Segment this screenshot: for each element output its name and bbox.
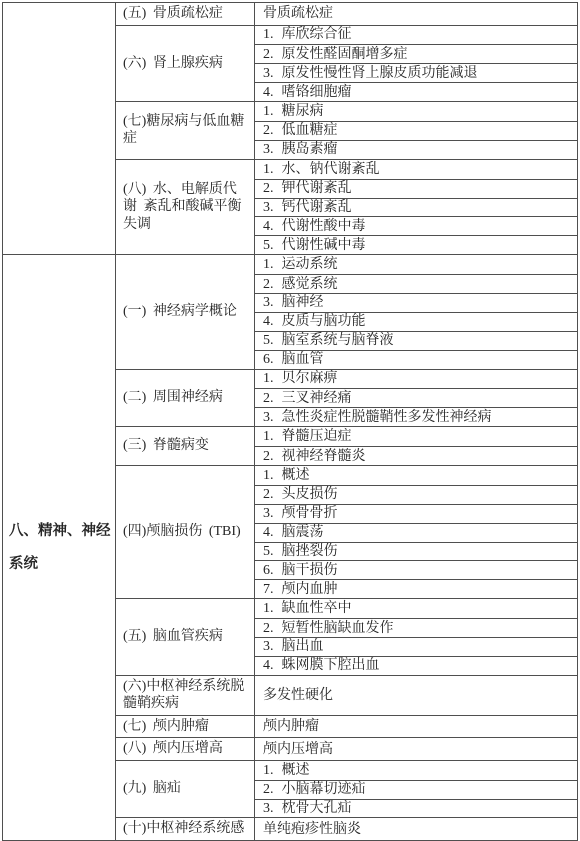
item-text: 短暂性脑缺血发作: [282, 620, 394, 637]
subsection-group: (五) 骨质疏松症骨质疏松症(六) 肾上腺疾病1.库欣综合征2.原发性醛固酮增多…: [116, 3, 577, 254]
category-label: 八、精神、神经系统: [9, 515, 111, 581]
item-text: 钾代谢紊乱: [282, 180, 352, 197]
item-text: 脑震荡: [282, 524, 324, 541]
item-number: 2.: [263, 122, 274, 139]
item-text: 代谢性碱中毒: [282, 237, 366, 254]
item-cell: 3.原发性慢性肾上腺皮质功能减退: [255, 63, 577, 82]
item-number: 2.: [263, 620, 274, 637]
item-number: 1.: [263, 161, 274, 178]
item-number: 6.: [263, 562, 274, 579]
item-number: 5.: [263, 543, 274, 560]
item-number: 5.: [263, 237, 274, 254]
item-number: 2.: [263, 448, 274, 465]
item-cell: 2.短暂性脑缺血发作: [255, 618, 577, 637]
subsection-label: (十)中枢神经系统感: [116, 818, 255, 840]
item-text: 糖尿病: [282, 103, 324, 120]
items-column: 1.库欣综合征2.原发性醛固酮增多症3.原发性慢性肾上腺皮质功能减退4.嗜铬细胞…: [255, 26, 577, 102]
subsection-row: (八) 颅内压增高颅内压增高: [116, 737, 577, 760]
subsection-label: (五) 骨质疏松症: [116, 3, 255, 25]
item-text: 颅内血肿: [282, 581, 338, 598]
item-text: 水、钠代谢紊乱: [282, 161, 380, 178]
item-text: 头皮损伤: [282, 486, 338, 503]
table-section: (五) 骨质疏松症骨质疏松症(六) 肾上腺疾病1.库欣综合征2.原发性醛固酮增多…: [3, 3, 577, 254]
item-cell: 4.皮质与脑功能: [255, 312, 577, 331]
item-number: 1.: [263, 762, 274, 779]
item-text: 原发性慢性肾上腺皮质功能减退: [282, 65, 478, 82]
item-text: 脑血管: [282, 351, 324, 368]
item-number: 1.: [263, 467, 274, 484]
item-cell: 1.缺血性卒中: [255, 599, 577, 618]
subsection-row: (九) 脑疝1.概述2.小脑幕切迹疝3.枕骨大孔疝: [116, 760, 577, 818]
subsection-row: (三) 脊髓病变1.脊髓压迫症2.视神经脊髓炎: [116, 426, 577, 465]
item-number: 3.: [263, 294, 274, 311]
item-number: 4.: [263, 84, 274, 101]
item-text: 视神经脊髓炎: [282, 448, 366, 465]
item-number: 3.: [263, 638, 274, 655]
item-number: 3.: [263, 505, 274, 522]
item-number: 4.: [263, 524, 274, 541]
item-text: 钙代谢紊乱: [282, 199, 352, 216]
item-cell: 3.枕骨大孔疝: [255, 799, 577, 818]
item-text: 概述: [282, 467, 310, 484]
item-text: 蛛网膜下腔出血: [282, 657, 380, 674]
item-number: 2.: [263, 46, 274, 63]
item-cell: 4.嗜铬细胞瘤: [255, 82, 577, 101]
items-column: 1.糖尿病2.低血糖症3.胰岛素瘤: [255, 102, 577, 159]
items-column: 1.水、钠代谢紊乱2.钾代谢紊乱3.钙代谢紊乱4.代谢性酸中毒5.代谢性碱中毒: [255, 160, 577, 254]
item-cell: 2.低血糖症: [255, 121, 577, 140]
subsection-row: (四)颅脑损伤 (TBI)1.概述2.头皮损伤3.颅骨骨折4.脑震荡5.脑挫裂伤…: [116, 465, 577, 598]
item-cell: 1.脊髓压迫症: [255, 427, 577, 446]
items-column: 多发性硬化: [255, 676, 577, 715]
item-cell: 颅内压增高: [255, 738, 577, 760]
item-cell: 单纯疱疹性脑炎: [255, 818, 577, 840]
item-number: 4.: [263, 657, 274, 674]
items-column: 1.缺血性卒中2.短暂性脑缺血发作3.脑出血4.蛛网膜下腔出血: [255, 599, 577, 675]
item-number: 3.: [263, 800, 274, 817]
subsection-label: (九) 脑疝: [116, 761, 255, 818]
item-text: 脑干损伤: [282, 562, 338, 579]
item-cell: 5.脑室系统与脑脊液: [255, 331, 577, 350]
item-text: 贝尔麻痹: [282, 370, 338, 387]
item-number: 7.: [263, 581, 274, 598]
item-text: 原发性醛固酮增多症: [282, 46, 408, 63]
subsection-row: (十)中枢神经系统感单纯疱疹性脑炎: [116, 817, 577, 840]
subsection-row: (五) 脑血管疾病1.缺血性卒中2.短暂性脑缺血发作3.脑出血4.蛛网膜下腔出血: [116, 598, 577, 675]
item-text: 脊髓压迫症: [282, 428, 352, 445]
item-cell: 颅内肿瘤: [255, 716, 577, 738]
item-text: 运动系统: [282, 256, 338, 273]
item-cell: 骨质疏松症: [255, 3, 577, 25]
item-cell: 1.概述: [255, 466, 577, 485]
item-number: 1.: [263, 428, 274, 445]
item-number: 2.: [263, 390, 274, 407]
subsection-label: (一) 神经病学概论: [116, 255, 255, 368]
item-cell: 2.头皮损伤: [255, 485, 577, 504]
item-number: 4.: [263, 218, 274, 235]
item-text: 概述: [282, 762, 310, 779]
document-page: (五) 骨质疏松症骨质疏松症(六) 肾上腺疾病1.库欣综合征2.原发性醛固酮增多…: [0, 0, 580, 841]
item-cell: 多发性硬化: [255, 676, 577, 715]
item-cell: 5.代谢性碱中毒: [255, 235, 577, 254]
syllabus-table: (五) 骨质疏松症骨质疏松症(六) 肾上腺疾病1.库欣综合征2.原发性醛固酮增多…: [2, 2, 578, 841]
items-column: 骨质疏松症: [255, 3, 577, 25]
subsection-label: (四)颅脑损伤 (TBI): [116, 466, 255, 598]
item-cell: 3.颅骨骨折: [255, 504, 577, 523]
item-number: 1.: [263, 600, 274, 617]
item-text: 库欣综合征: [282, 26, 352, 43]
subsection-row: (五) 骨质疏松症骨质疏松症: [116, 3, 577, 25]
item-cell: 3.急性炎症性脱髓鞘性多发性神经病: [255, 407, 577, 426]
category-cell: 八、精神、神经系统: [3, 255, 116, 840]
item-text: 感觉系统: [282, 276, 338, 293]
item-text: 胰岛素瘤: [282, 141, 338, 158]
item-number: 3.: [263, 409, 274, 426]
table-section: 八、精神、神经系统(一) 神经病学概论1.运动系统2.感觉系统3.脑神经4.皮质…: [3, 254, 577, 840]
item-number: 1.: [263, 256, 274, 273]
items-column: 1.运动系统2.感觉系统3.脑神经4.皮质与脑功能5.脑室系统与脑脊液6.脑血管: [255, 255, 577, 368]
subsection-label: (五) 脑血管疾病: [116, 599, 255, 675]
item-cell: 4.代谢性酸中毒: [255, 216, 577, 235]
item-cell: 3.脑出血: [255, 637, 577, 656]
item-text: 嗜铬细胞瘤: [282, 84, 352, 101]
item-number: 1.: [263, 26, 274, 43]
items-column: 颅内肿瘤: [255, 716, 577, 738]
item-cell: 5.脑挫裂伤: [255, 542, 577, 561]
item-number: 1.: [263, 103, 274, 120]
subsection-label: (八) 水、电解质代谢 紊乱和酸碱平衡失调: [116, 160, 255, 254]
subsection-row: (六) 肾上腺疾病1.库欣综合征2.原发性醛固酮增多症3.原发性慢性肾上腺皮质功…: [116, 25, 577, 102]
item-cell: 6.脑血管: [255, 350, 577, 369]
item-text: 脑室系统与脑脊液: [282, 332, 394, 349]
subsection-row: (七)糖尿病与低血糖症1.糖尿病2.低血糖症3.胰岛素瘤: [116, 101, 577, 159]
item-number: 3.: [263, 65, 274, 82]
item-number: 2.: [263, 781, 274, 798]
item-number: 1.: [263, 370, 274, 387]
items-column: 1.概述2.小脑幕切迹疝3.枕骨大孔疝: [255, 761, 577, 818]
subsection-label: (七) 颅内肿瘤: [116, 716, 255, 738]
item-text: 低血糖症: [282, 122, 338, 139]
item-cell: 1.概述: [255, 761, 577, 780]
item-text: 缺血性卒中: [282, 600, 352, 617]
item-text: 代谢性酸中毒: [282, 218, 366, 235]
item-cell: 7.颅内血肿: [255, 579, 577, 598]
item-number: 4.: [263, 313, 274, 330]
item-cell: 2.原发性醛固酮增多症: [255, 44, 577, 63]
subsection-label: (三) 脊髓病变: [116, 427, 255, 465]
item-cell: 1.糖尿病: [255, 102, 577, 121]
subsection-group: (一) 神经病学概论1.运动系统2.感觉系统3.脑神经4.皮质与脑功能5.脑室系…: [116, 255, 577, 840]
item-text: 脑神经: [282, 294, 324, 311]
item-cell: 1.贝尔麻痹: [255, 370, 577, 389]
subsection-label: (七)糖尿病与低血糖症: [116, 102, 255, 159]
items-column: 单纯疱疹性脑炎: [255, 818, 577, 840]
subsection-label: (八) 颅内压增高: [116, 738, 255, 760]
item-cell: 6.脑干损伤: [255, 560, 577, 579]
item-cell: 3.胰岛素瘤: [255, 140, 577, 159]
item-text: 枕骨大孔疝: [282, 800, 352, 817]
item-cell: 4.蛛网膜下腔出血: [255, 656, 577, 675]
item-number: 2.: [263, 180, 274, 197]
item-number: 3.: [263, 199, 274, 216]
item-text: 脑挫裂伤: [282, 543, 338, 560]
subsection-label: (六)中枢神经系统脱髓鞘疾病: [116, 676, 255, 715]
subsection-row: (六)中枢神经系统脱髓鞘疾病多发性硬化: [116, 675, 577, 715]
item-number: 6.: [263, 351, 274, 368]
item-cell: 3.脑神经: [255, 293, 577, 312]
items-column: 1.贝尔麻痹2.三叉神经痛3.急性炎症性脱髓鞘性多发性神经病: [255, 370, 577, 427]
items-column: 1.脊髓压迫症2.视神经脊髓炎: [255, 427, 577, 465]
items-column: 颅内压增高: [255, 738, 577, 760]
subsection-label: (六) 肾上腺疾病: [116, 26, 255, 102]
item-text: 皮质与脑功能: [282, 313, 366, 330]
subsection-row: (八) 水、电解质代谢 紊乱和酸碱平衡失调1.水、钠代谢紊乱2.钾代谢紊乱3.钙…: [116, 159, 577, 254]
category-cell: [3, 3, 116, 254]
subsection-row: (一) 神经病学概论1.运动系统2.感觉系统3.脑神经4.皮质与脑功能5.脑室系…: [116, 255, 577, 368]
item-text: 颅骨骨折: [282, 505, 338, 522]
item-cell: 2.钾代谢紊乱: [255, 179, 577, 198]
item-number: 2.: [263, 486, 274, 503]
subsection-row: (七) 颅内肿瘤颅内肿瘤: [116, 715, 577, 738]
item-text: 急性炎症性脱髓鞘性多发性神经病: [282, 409, 492, 426]
subsection-label: (二) 周围神经病: [116, 370, 255, 427]
item-text: 三叉神经痛: [282, 390, 352, 407]
item-cell: 2.三叉神经痛: [255, 388, 577, 407]
item-cell: 4.脑震荡: [255, 523, 577, 542]
item-cell: 2.感觉系统: [255, 274, 577, 293]
item-text: 小脑幕切迹疝: [282, 781, 366, 798]
item-cell: 3.钙代谢紊乱: [255, 198, 577, 217]
item-cell: 2.小脑幕切迹疝: [255, 780, 577, 799]
item-cell: 1.运动系统: [255, 255, 577, 274]
items-column: 1.概述2.头皮损伤3.颅骨骨折4.脑震荡5.脑挫裂伤6.脑干损伤7.颅内血肿: [255, 466, 577, 598]
item-number: 2.: [263, 276, 274, 293]
item-text: 脑出血: [282, 638, 324, 655]
item-number: 5.: [263, 332, 274, 349]
item-number: 3.: [263, 141, 274, 158]
subsection-row: (二) 周围神经病1.贝尔麻痹2.三叉神经痛3.急性炎症性脱髓鞘性多发性神经病: [116, 369, 577, 427]
item-cell: 2.视神经脊髓炎: [255, 446, 577, 465]
item-cell: 1.库欣综合征: [255, 26, 577, 45]
item-cell: 1.水、钠代谢紊乱: [255, 160, 577, 179]
